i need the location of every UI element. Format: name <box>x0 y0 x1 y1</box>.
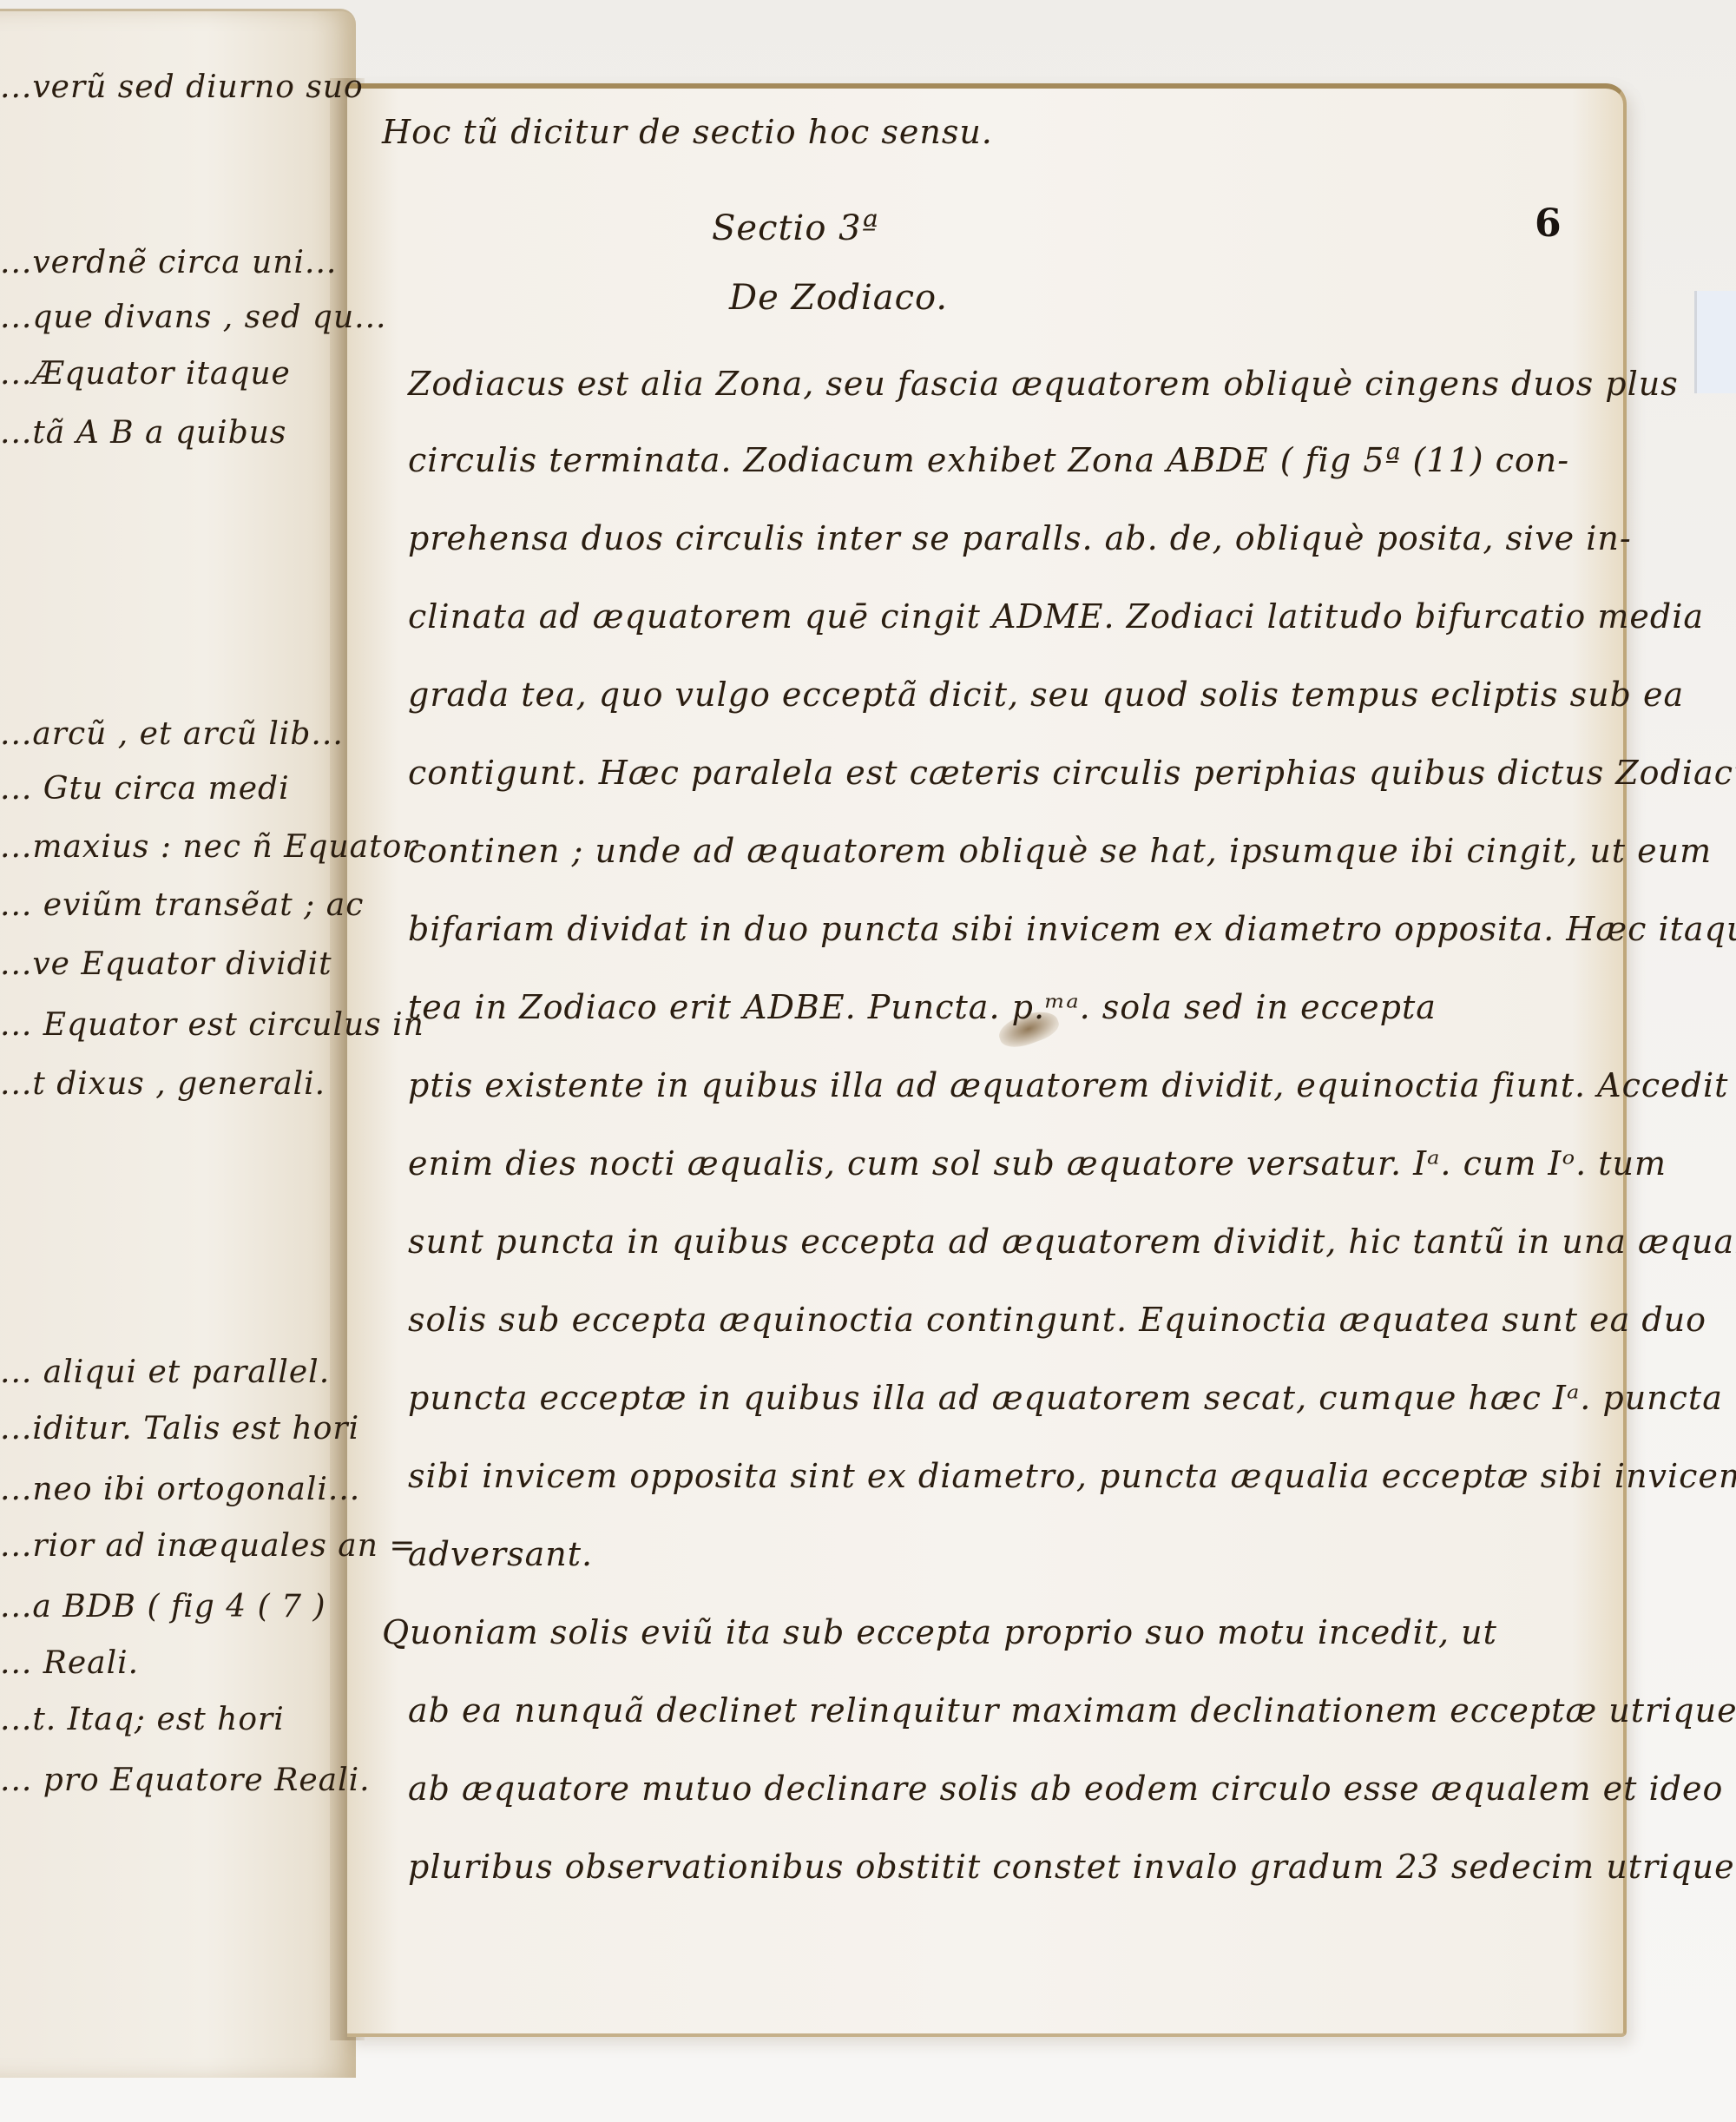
body-line: continen ; unde ad æquatorem obliquè se … <box>408 832 1712 870</box>
body-line: contigunt. Hæc paralela est cæteris circ… <box>408 754 1736 792</box>
left-line: ...iditur. Talis est hori <box>0 1411 359 1447</box>
body-line: clinata ad æquatorem quē cingit ADME. Zo… <box>408 597 1704 636</box>
left-line: ...tã A B a quibus <box>0 415 286 451</box>
left-line: ... Reali. <box>0 1645 139 1681</box>
left-line: ...t. Itaq; est hori <box>0 1702 285 1737</box>
body-line: bifariam dividat in duo puncta sibi invi… <box>408 910 1736 948</box>
body-line: enim dies nocti æqualis, cum sol sub æqu… <box>408 1144 1667 1183</box>
body-line: grada tea, quo vulgo ecceptã dicit, seu … <box>408 675 1684 714</box>
left-line: ...a BDB ( fig 4 ( 7 ) <box>0 1589 326 1624</box>
left-line: ... Gtu circa medi <box>0 771 290 807</box>
section-title: De Zodiaco. <box>729 278 948 318</box>
left-line: ...verũ sed diurno suo <box>0 69 364 105</box>
left-line: ... Equator est circulus in <box>0 1007 424 1043</box>
body-line: pluribus observationibus obstitit conste… <box>408 1848 1736 1886</box>
body-line: sibi invicem opposita sint ex diametro, … <box>408 1457 1736 1495</box>
left-line: ... aliqui et parallel. <box>0 1354 330 1390</box>
left-line: ...ve Equator dividit <box>0 946 332 982</box>
left-line: ... pro Equatore Reali. <box>0 1763 371 1798</box>
section-heading: Sectio 3ª <box>712 208 879 248</box>
body-line: Zodiacus est alia Zona, seu fascia æquat… <box>408 365 1679 403</box>
bookmark-tab <box>1694 291 1736 393</box>
body-line: ab ea nunquã declinet relinquitur maxima… <box>408 1691 1736 1730</box>
body-line: circulis terminata. Zodiacum exhibet Zon… <box>408 441 1569 479</box>
left-line: ...que divans , sed qu... <box>0 300 387 335</box>
body-line: ptis existente in quibus illa ad æquator… <box>408 1066 1728 1104</box>
body-line: Quoniam solis eviũ ita sub eccepta propr… <box>382 1613 1497 1651</box>
page-number: 6 <box>1535 201 1562 246</box>
body-line: adversant. <box>408 1535 593 1573</box>
left-line: ...rior ad inæquales an = <box>0 1528 417 1564</box>
left-line: ...verdnẽ circa uni... <box>0 245 337 280</box>
top-line: Hoc tũ dicitur de sectio hoc sensu. <box>382 113 993 151</box>
left-line: ... eviũm transẽat ; ac <box>0 887 364 923</box>
left-line: ...Æquator itaque <box>0 356 291 392</box>
left-line: ...t dixus , generali. <box>0 1066 325 1102</box>
body-line: prehensa duos circulis inter se paralls.… <box>408 519 1632 557</box>
left-line: ...neo ibi ortogonali... <box>0 1472 360 1507</box>
body-line: solis sub eccepta æquinoctia contingunt.… <box>408 1301 1706 1339</box>
left-line: ...arcũ , et arcũ lib... <box>0 716 344 752</box>
left-line: ...maxius : nec ñ Equator <box>0 829 418 865</box>
body-line: puncta ecceptæ in quibus illa ad æquator… <box>408 1379 1723 1417</box>
body-line: sunt puncta in quibus eccepta ad æquator… <box>408 1222 1736 1261</box>
body-line: tea in Zodiaco erit ADBE. Puncta. p.ᵐᵃ. … <box>408 988 1437 1026</box>
body-line: ab æquatore mutuo declinare solis ab eod… <box>408 1769 1736 1808</box>
